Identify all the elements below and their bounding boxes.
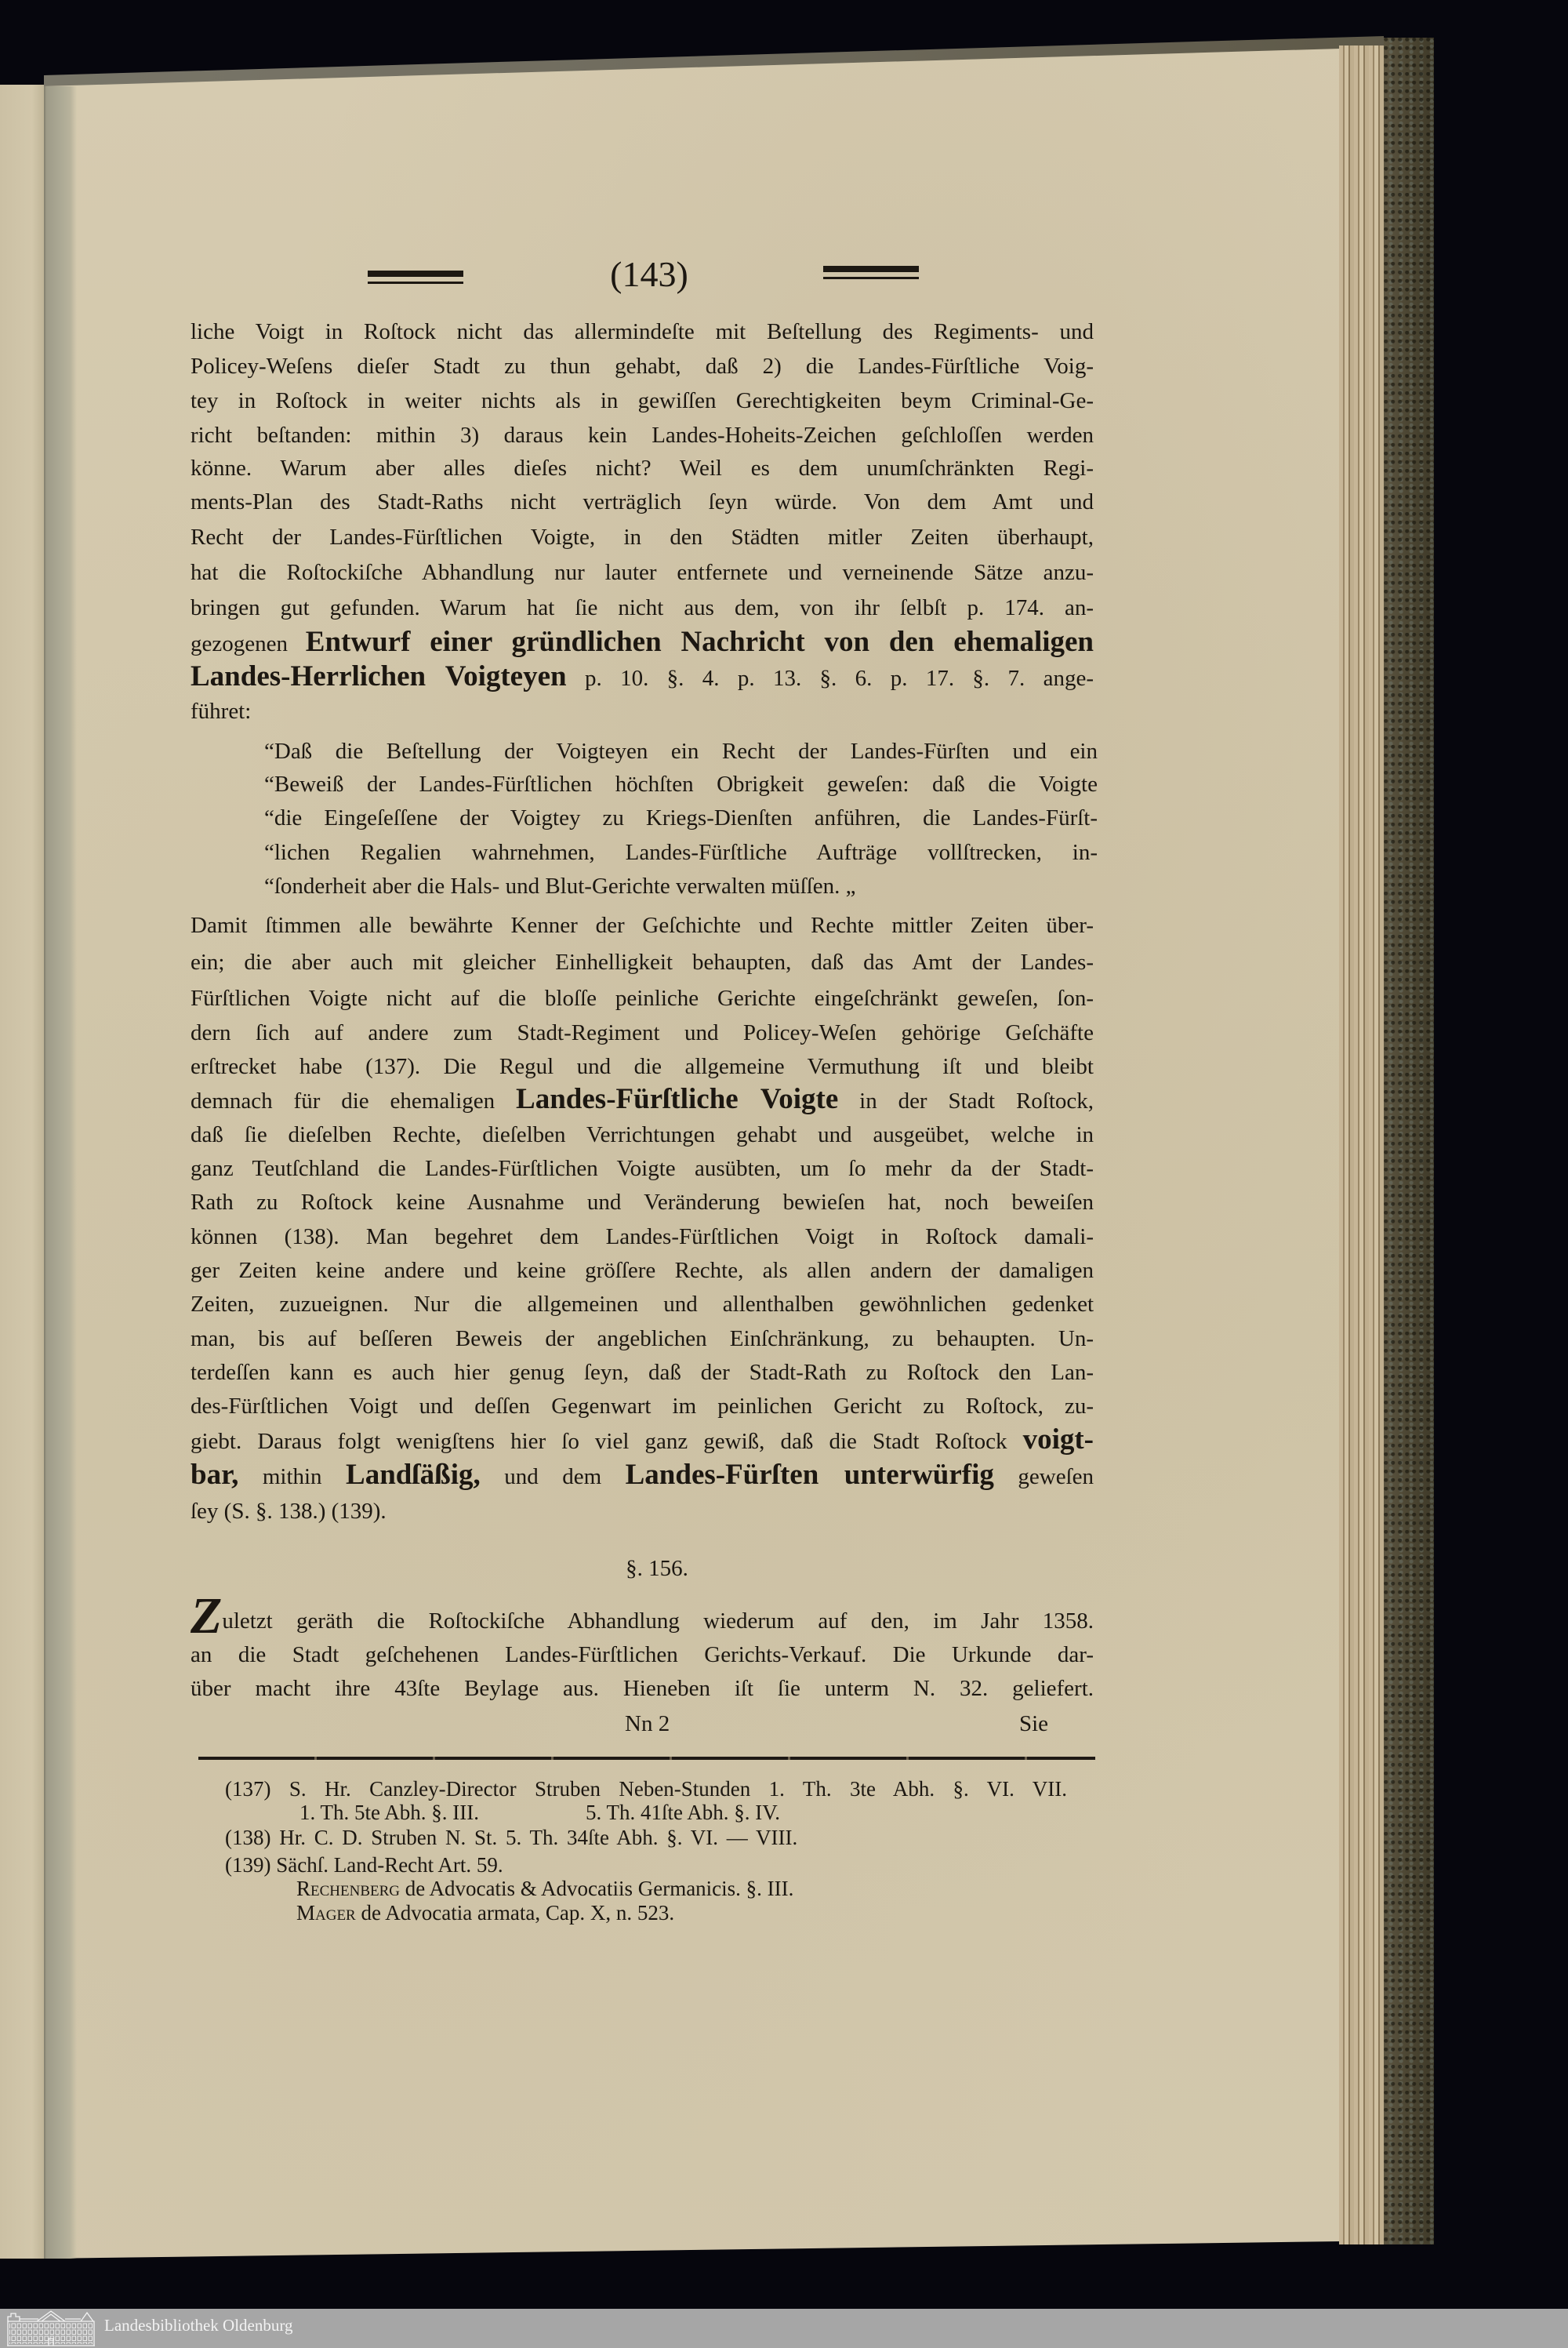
reference-title: de Advocatis & Advocatiis Germanicis. §.… bbox=[405, 1877, 794, 1900]
library-building-icon bbox=[5, 2310, 96, 2346]
text-line: man, bis auf beſſeren Beweis der angebli… bbox=[191, 1322, 1094, 1356]
text-line: liche Voigt in Roſtock nicht das allermi… bbox=[191, 315, 1094, 349]
text-line: Zeiten, zuzueignen. Nur die allgemeinen … bbox=[191, 1288, 1094, 1321]
text-line: an die Stadt geſchehenen Landes-Fürſtlic… bbox=[191, 1638, 1094, 1672]
quote-line: “Beweiß der Landes-Fürſtlichen höchſten … bbox=[264, 768, 1098, 801]
quote-line: “lichen Regalien wahrnehmen, Landes-Fürſ… bbox=[264, 836, 1098, 870]
text-segment: in der Stadt Roſtock, bbox=[859, 1089, 1094, 1114]
footnote-marker: (139) bbox=[225, 1853, 270, 1877]
text-line: erſtrecket habe (137). Die Regul und die… bbox=[191, 1050, 1094, 1084]
drop-cap: Z bbox=[191, 1587, 222, 1645]
text-line: hat die Roſtockiſche Abhandlung nur laut… bbox=[191, 556, 1094, 590]
footnote-marker: (138) bbox=[225, 1826, 270, 1849]
text-segment: p. 10. §. 4. p. 13. §. 6. p. 17. §. 7. a… bbox=[585, 666, 1094, 691]
text-line: Fürſtlichen Voigte nicht auf die bloſſe … bbox=[191, 982, 1094, 1016]
text-line: ganz Teutſchland die Landes-Fürſtlichen … bbox=[191, 1152, 1094, 1186]
reference-author: Rechenberg bbox=[296, 1877, 400, 1900]
text-line-with-emphasis: demnach für die ehemaligen Landes-Fürſtl… bbox=[191, 1082, 1094, 1118]
text-line: könne. Warum aber alles dieſes nicht? We… bbox=[191, 452, 1094, 485]
text-segment: und dem bbox=[504, 1464, 601, 1489]
text-line: richt beſtanden: mithin 3) daraus kein L… bbox=[191, 419, 1094, 453]
text-line: Recht der Landes-Fürſtlichen Voigte, in … bbox=[191, 521, 1094, 554]
text-line: des-Fürſtlichen Voigt und deſſen Gegenwa… bbox=[191, 1390, 1094, 1423]
reference-author: Mager bbox=[296, 1901, 356, 1925]
text-segment: demnach für die ehemaligen bbox=[191, 1089, 495, 1114]
footnote-text: S. Hr. Canzley-Director Struben Neben-St… bbox=[289, 1777, 1067, 1801]
page-stack-edge bbox=[1339, 45, 1384, 2244]
text-line: tey in Roſtock in weiter nichts als in g… bbox=[191, 384, 1094, 418]
text-line: führet: bbox=[191, 695, 1094, 729]
page-number: (143) bbox=[596, 253, 702, 296]
text-line: Policey-Weſens dieſer Stadt zu thun geha… bbox=[191, 350, 1094, 383]
emphasized-phrase: Landes-Fürſtliche Voigte bbox=[516, 1083, 838, 1115]
footnote-137: (137) S. Hr. Canzley-Director Struben Ne… bbox=[225, 1776, 1067, 1801]
emphasized-phrase: Landes-Fürſten unterwürfig bbox=[626, 1459, 994, 1491]
footnote-reference: Rechenberg de Advocatis & Advocatiis Ger… bbox=[296, 1876, 793, 1901]
footnote-137-continuation: 1. Th. 5te Abh. §. III. bbox=[299, 1800, 479, 1825]
text-line-with-emphasis: bar, mithin Landſäßig, und dem Landes-Fü… bbox=[191, 1458, 1094, 1494]
signature-mark: Nn 2 bbox=[625, 1707, 719, 1741]
previous-page-edge bbox=[0, 85, 45, 2259]
text-line: ſey (S. §. 138.) (139). bbox=[191, 1495, 1094, 1528]
quote-line: “Daß die Beſtellung der Voigteyen ein Re… bbox=[264, 735, 1098, 769]
section-heading: §. 156. bbox=[579, 1552, 735, 1586]
quote-line: “die Eingeſeſſene der Voigtey zu Kriegs-… bbox=[264, 801, 1098, 835]
text-segment: gezogenen bbox=[191, 631, 288, 656]
catchword: Sie bbox=[1019, 1707, 1090, 1741]
emphasized-word: Landſäßig, bbox=[346, 1459, 481, 1491]
text-segment: mithin bbox=[263, 1464, 322, 1489]
header-ornament-left bbox=[368, 271, 463, 277]
text-line: dern ſich auf andere zum Stadt-Regiment … bbox=[191, 1016, 1094, 1050]
footnote-137-continuation: 5. Th. 41ſte Abh. §. IV. bbox=[586, 1800, 780, 1825]
text-line-with-emphasis: Landes-Herrlichen Voigteyen p. 10. §. 4.… bbox=[191, 660, 1094, 696]
text-line-with-drop-cap: Zuletzt geräth die Roſtockiſche Abhandlu… bbox=[191, 1605, 1094, 1638]
footnote-138: (138) Hr. C. D. Struben N. St. 5. Th. 34… bbox=[225, 1825, 797, 1850]
footnote-text: Hr. C. D. Struben N. St. 5. Th. 34ſte Ab… bbox=[279, 1826, 797, 1849]
text-line: ments-Plan des Stadt-Raths nicht verträg… bbox=[191, 485, 1094, 519]
footnote-text: Sächſ. Land-Recht Art. 59. bbox=[276, 1853, 503, 1877]
text-segment: geweſen bbox=[1018, 1464, 1094, 1489]
emphasized-word: voigt- bbox=[1023, 1423, 1094, 1456]
text-segment: giebt. Daraus folgt wenigſtens hier ſo v… bbox=[191, 1429, 1007, 1454]
text-line-with-emphasis: gezogenen Entwurf einer gründlichen Nach… bbox=[191, 625, 1094, 661]
text-segment: uletzt geräth die Roſtockiſche Abhandlun… bbox=[222, 1608, 1094, 1634]
emphasized-word: bar, bbox=[191, 1459, 238, 1491]
text-line: bringen gut gefunden. Warum hat ſie nich… bbox=[191, 591, 1094, 625]
emphasized-title: Entwurf einer gründlichen Nachricht von … bbox=[306, 626, 1094, 658]
header-ornament-right bbox=[823, 266, 919, 272]
text-line: ein; die aber auch mit gleicher Einhelli… bbox=[191, 946, 1094, 980]
text-line-with-emphasis: giebt. Daraus folgt wenigſtens hier ſo v… bbox=[191, 1423, 1094, 1459]
text-line: können (138). Man begehret dem Landes-Fü… bbox=[191, 1220, 1094, 1254]
text-line: terdeſſen kann es auch hier genug ſeyn, … bbox=[191, 1356, 1094, 1390]
footnote-divider bbox=[198, 1757, 1095, 1760]
book-cover-edge bbox=[1384, 38, 1434, 2244]
text-line: ger Zeiten keine andere und keine gröſſe… bbox=[191, 1254, 1094, 1288]
text-line: daß ſie dieſelben Rechte, dieſelben Verr… bbox=[191, 1118, 1094, 1152]
reference-title: de Advocatia armata, Cap. X, n. 523. bbox=[361, 1901, 674, 1925]
text-line: Rath zu Roſtock keine Ausnahme und Verän… bbox=[191, 1186, 1094, 1219]
text-line: Damit ſtimmen alle bewährte Kenner der G… bbox=[191, 909, 1094, 943]
gutter-shadow bbox=[44, 86, 77, 2259]
footnote-marker: (137) bbox=[225, 1777, 270, 1801]
emphasized-title: Landes-Herrlichen Voigteyen bbox=[191, 660, 567, 692]
quote-line: “ſonderheit aber die Hals- und Blut-Geri… bbox=[264, 870, 1098, 903]
footnote-139: (139) Sächſ. Land-Recht Art. 59. bbox=[225, 1852, 503, 1877]
footnote-reference: Mager de Advocatia armata, Cap. X, n. 52… bbox=[296, 1900, 674, 1925]
library-name: Landesbibliothek Oldenburg bbox=[104, 2313, 293, 2337]
text-line: über macht ihre 43ſte Beylage aus. Hiene… bbox=[191, 1672, 1094, 1706]
